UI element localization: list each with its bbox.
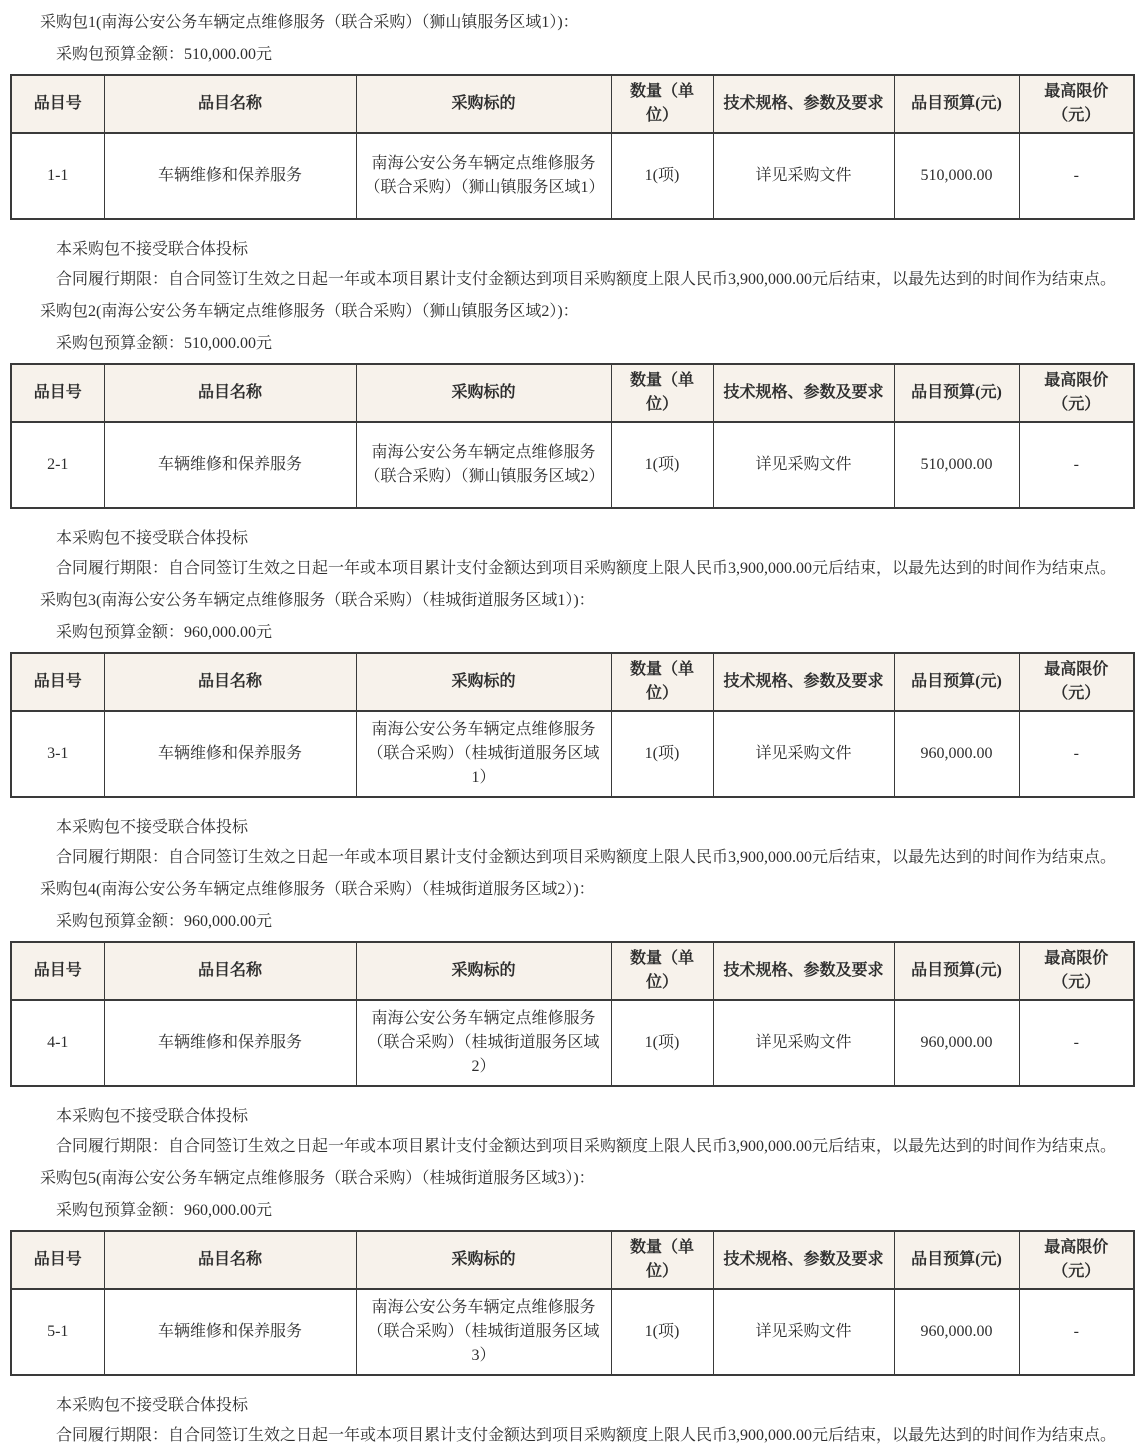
cell-max-price: - [1019, 1289, 1134, 1375]
procurement-package-section-1: 采购包1(南海公安公务车辆定点维修服务（联合采购）（狮山镇服务区域1）)： 采购… [0, 13, 1143, 289]
cell-item-no: 4-1 [11, 1000, 104, 1086]
col-header-spec: 技术规格、参数及要求 [713, 1231, 894, 1289]
col-header-item-name: 品目名称 [104, 75, 356, 133]
col-header-subject: 采购标的 [356, 1231, 611, 1289]
col-header-budget: 品目预算(元) [894, 364, 1019, 422]
table-row: 3-1 车辆维修和保养服务 南海公安公务车辆定点维修服务（联合采购）（桂城街道服… [11, 711, 1134, 797]
cell-subject: 南海公安公务车辆定点维修服务（联合采购）（桂城街道服务区域1） [356, 711, 611, 797]
cell-item-name: 车辆维修和保养服务 [104, 133, 356, 219]
col-header-max-price: 最高限价（元） [1019, 364, 1134, 422]
col-header-item-no: 品目号 [11, 1231, 104, 1289]
col-header-max-price: 最高限价（元） [1019, 942, 1134, 1000]
cell-item-no: 3-1 [11, 711, 104, 797]
cell-budget: 960,000.00 [894, 1000, 1019, 1086]
col-header-spec: 技术规格、参数及要求 [713, 364, 894, 422]
package-title: 采购包4(南海公安公务车辆定点维修服务（联合采购）（桂城街道服务区域2）)： [40, 880, 1143, 899]
cell-item-no: 5-1 [11, 1289, 104, 1375]
cell-subject: 南海公安公务车辆定点维修服务（联合采购）（桂城街道服务区域2） [356, 1000, 611, 1086]
cell-budget: 960,000.00 [894, 1289, 1019, 1375]
col-header-spec: 技术规格、参数及要求 [713, 942, 894, 1000]
cell-item-name: 车辆维修和保养服务 [104, 1289, 356, 1375]
package-items-table: 品目号 品目名称 采购标的 数量（单位） 技术规格、参数及要求 品目预算(元) … [10, 74, 1135, 220]
cell-max-price: - [1019, 422, 1134, 508]
col-header-item-name: 品目名称 [104, 1231, 356, 1289]
cell-item-name: 车辆维修和保养服务 [104, 1000, 356, 1086]
table-header-row: 品目号 品目名称 采购标的 数量（单位） 技术规格、参数及要求 品目预算(元) … [11, 653, 1134, 711]
table-header-row: 品目号 品目名称 采购标的 数量（单位） 技术规格、参数及要求 品目预算(元) … [11, 942, 1134, 1000]
no-consortium-note: 本采购包不接受联合体投标 [56, 240, 1143, 259]
package-title: 采购包5(南海公安公务车辆定点维修服务（联合采购）（桂城街道服务区域3）)： [40, 1169, 1143, 1188]
contract-period-note: 合同履行期限：自合同签订生效之日起一年或本项目累计支付金额达到项目采购额度上限人… [56, 1426, 1143, 1445]
cell-budget: 510,000.00 [894, 422, 1019, 508]
package-budget-amount: 采购包预算金额：960,000.00元 [56, 1201, 1143, 1220]
col-header-max-price: 最高限价（元） [1019, 1231, 1134, 1289]
cell-subject: 南海公安公务车辆定点维修服务（联合采购）（狮山镇服务区域1） [356, 133, 611, 219]
table-row: 5-1 车辆维修和保养服务 南海公安公务车辆定点维修服务（联合采购）（桂城街道服… [11, 1289, 1134, 1375]
contract-period-note: 合同履行期限：自合同签订生效之日起一年或本项目累计支付金额达到项目采购额度上限人… [56, 1137, 1143, 1156]
cell-quantity: 1(项) [611, 711, 713, 797]
package-budget-amount: 采购包预算金额：960,000.00元 [56, 912, 1143, 931]
no-consortium-note: 本采购包不接受联合体投标 [56, 818, 1143, 837]
package-budget-amount: 采购包预算金额：510,000.00元 [56, 334, 1143, 353]
package-items-table: 品目号 品目名称 采购标的 数量（单位） 技术规格、参数及要求 品目预算(元) … [10, 1230, 1135, 1376]
procurement-package-section-2: 采购包2(南海公安公务车辆定点维修服务（联合采购）（狮山镇服务区域2）)： 采购… [0, 302, 1143, 578]
col-header-budget: 品目预算(元) [894, 1231, 1019, 1289]
table-row: 4-1 车辆维修和保养服务 南海公安公务车辆定点维修服务（联合采购）（桂城街道服… [11, 1000, 1134, 1086]
col-header-quantity: 数量（单位） [611, 1231, 713, 1289]
cell-spec: 详见采购文件 [713, 1289, 894, 1375]
col-header-item-no: 品目号 [11, 364, 104, 422]
table-header-row: 品目号 品目名称 采购标的 数量（单位） 技术规格、参数及要求 品目预算(元) … [11, 364, 1134, 422]
col-header-quantity: 数量（单位） [611, 653, 713, 711]
col-header-spec: 技术规格、参数及要求 [713, 653, 894, 711]
table-header-row: 品目号 品目名称 采购标的 数量（单位） 技术规格、参数及要求 品目预算(元) … [11, 1231, 1134, 1289]
cell-budget: 510,000.00 [894, 133, 1019, 219]
cell-max-price: - [1019, 133, 1134, 219]
col-header-subject: 采购标的 [356, 364, 611, 422]
cell-subject: 南海公安公务车辆定点维修服务（联合采购）（狮山镇服务区域2） [356, 422, 611, 508]
col-header-subject: 采购标的 [356, 75, 611, 133]
col-header-max-price: 最高限价（元） [1019, 75, 1134, 133]
no-consortium-note: 本采购包不接受联合体投标 [56, 529, 1143, 548]
col-header-item-no: 品目号 [11, 75, 104, 133]
col-header-budget: 品目预算(元) [894, 653, 1019, 711]
procurement-package-section-4: 采购包4(南海公安公务车辆定点维修服务（联合采购）（桂城街道服务区域2）)： 采… [0, 880, 1143, 1156]
col-header-item-no: 品目号 [11, 653, 104, 711]
col-header-subject: 采购标的 [356, 653, 611, 711]
table-row: 2-1 车辆维修和保养服务 南海公安公务车辆定点维修服务（联合采购）（狮山镇服务… [11, 422, 1134, 508]
col-header-max-price: 最高限价（元） [1019, 653, 1134, 711]
contract-period-note: 合同履行期限：自合同签订生效之日起一年或本项目累计支付金额达到项目采购额度上限人… [56, 848, 1143, 867]
package-budget-amount: 采购包预算金额：510,000.00元 [56, 45, 1143, 64]
col-header-item-no: 品目号 [11, 942, 104, 1000]
package-items-table: 品目号 品目名称 采购标的 数量（单位） 技术规格、参数及要求 品目预算(元) … [10, 652, 1135, 798]
cell-budget: 960,000.00 [894, 711, 1019, 797]
cell-quantity: 1(项) [611, 133, 713, 219]
cell-spec: 详见采购文件 [713, 422, 894, 508]
cell-quantity: 1(项) [611, 1289, 713, 1375]
col-header-subject: 采购标的 [356, 942, 611, 1000]
col-header-item-name: 品目名称 [104, 364, 356, 422]
cell-subject: 南海公安公务车辆定点维修服务（联合采购）（桂城街道服务区域3） [356, 1289, 611, 1375]
package-items-table: 品目号 品目名称 采购标的 数量（单位） 技术规格、参数及要求 品目预算(元) … [10, 363, 1135, 509]
contract-period-note: 合同履行期限：自合同签订生效之日起一年或本项目累计支付金额达到项目采购额度上限人… [56, 270, 1143, 289]
cell-item-no: 1-1 [11, 133, 104, 219]
col-header-quantity: 数量（单位） [611, 942, 713, 1000]
cell-max-price: - [1019, 1000, 1134, 1086]
no-consortium-note: 本采购包不接受联合体投标 [56, 1396, 1143, 1415]
cell-item-no: 2-1 [11, 422, 104, 508]
cell-item-name: 车辆维修和保养服务 [104, 422, 356, 508]
col-header-quantity: 数量（单位） [611, 364, 713, 422]
contract-period-note: 合同履行期限：自合同签订生效之日起一年或本项目累计支付金额达到项目采购额度上限人… [56, 559, 1143, 578]
package-title: 采购包1(南海公安公务车辆定点维修服务（联合采购）（狮山镇服务区域1）)： [40, 13, 1143, 32]
procurement-package-section-5: 采购包5(南海公安公务车辆定点维修服务（联合采购）（桂城街道服务区域3）)： 采… [0, 1169, 1143, 1445]
col-header-budget: 品目预算(元) [894, 942, 1019, 1000]
cell-quantity: 1(项) [611, 1000, 713, 1086]
col-header-quantity: 数量（单位） [611, 75, 713, 133]
col-header-item-name: 品目名称 [104, 653, 356, 711]
col-header-spec: 技术规格、参数及要求 [713, 75, 894, 133]
cell-spec: 详见采购文件 [713, 711, 894, 797]
cell-quantity: 1(项) [611, 422, 713, 508]
no-consortium-note: 本采购包不接受联合体投标 [56, 1107, 1143, 1126]
package-title: 采购包2(南海公安公务车辆定点维修服务（联合采购）（狮山镇服务区域2）)： [40, 302, 1143, 321]
cell-spec: 详见采购文件 [713, 1000, 894, 1086]
cell-item-name: 车辆维修和保养服务 [104, 711, 356, 797]
table-row: 1-1 车辆维修和保养服务 南海公安公务车辆定点维修服务（联合采购）（狮山镇服务… [11, 133, 1134, 219]
cell-max-price: - [1019, 711, 1134, 797]
col-header-item-name: 品目名称 [104, 942, 356, 1000]
package-items-table: 品目号 品目名称 采购标的 数量（单位） 技术规格、参数及要求 品目预算(元) … [10, 941, 1135, 1087]
package-budget-amount: 采购包预算金额：960,000.00元 [56, 623, 1143, 642]
table-header-row: 品目号 品目名称 采购标的 数量（单位） 技术规格、参数及要求 品目预算(元) … [11, 75, 1134, 133]
cell-spec: 详见采购文件 [713, 133, 894, 219]
package-title: 采购包3(南海公安公务车辆定点维修服务（联合采购）（桂城街道服务区域1）)： [40, 591, 1143, 610]
procurement-package-section-3: 采购包3(南海公安公务车辆定点维修服务（联合采购）（桂城街道服务区域1）)： 采… [0, 591, 1143, 867]
col-header-budget: 品目预算(元) [894, 75, 1019, 133]
